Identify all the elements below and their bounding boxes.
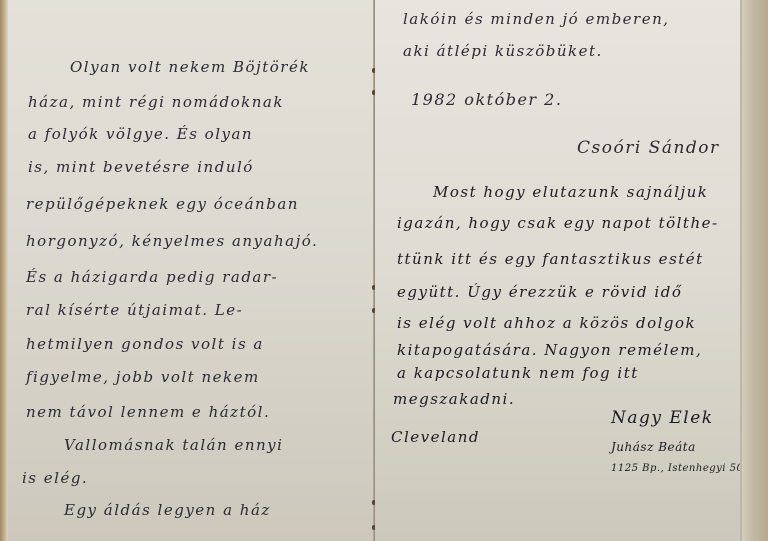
handwritten-line: horgonyzó, kényelmes anyahajó. xyxy=(26,234,318,249)
handwritten-line: repülőgépeknek egy óceánban xyxy=(26,197,299,212)
handwritten-line: igazán, hogy csak egy napot tölthe- xyxy=(397,216,719,231)
signature: Csoóri Sándor xyxy=(577,140,720,157)
handwritten-line: figyelme, jobb volt nekem xyxy=(26,370,260,385)
handwritten-line: Olyan volt nekem Böjtörék xyxy=(70,60,310,75)
handwritten-line: Most hogy elutazunk sajnáljuk xyxy=(433,185,708,200)
handwritten-line: És a házigarda pedig radar- xyxy=(26,270,278,285)
handwritten-line: a folyók völgye. És olyan xyxy=(28,127,253,142)
handwritten-line: együtt. Úgy érezzük e rövid idő xyxy=(397,285,682,300)
handwritten-line: hetmilyen gondos volt is a xyxy=(26,337,264,352)
handwritten-line: háza, mint régi nomádoknak xyxy=(28,95,284,110)
handwritten-line: is, mint bevetésre induló xyxy=(28,160,254,175)
signature: Nagy Elek xyxy=(611,410,714,427)
page-stack-edge xyxy=(740,0,768,541)
book-cover-edge xyxy=(0,0,8,541)
entry-date: 1982 október 2. xyxy=(411,92,562,108)
handwritten-line: ttünk itt és egy fantasztikus estét xyxy=(397,252,704,267)
handwritten-line: aki átlépi küszöbüket. xyxy=(403,44,603,59)
handwritten-line: is elég volt ahhoz a közös dolgok xyxy=(397,316,696,331)
open-guestbook: Olyan volt nekem Böjtörék háza, mint rég… xyxy=(0,0,768,541)
handwritten-line: kitapogatására. Nagyon remélem, xyxy=(397,343,702,358)
handwritten-line: a kapcsolatunk nem fog itt xyxy=(397,366,639,381)
handwritten-line: megszakadni. xyxy=(393,392,515,407)
left-page: Olyan volt nekem Böjtörék háza, mint rég… xyxy=(8,0,375,541)
handwritten-line: lakóin és minden jó emberen, xyxy=(403,12,670,27)
cosigner-name: Juhász Beáta xyxy=(611,441,696,453)
handwritten-line: nem távol lennem e háztól. xyxy=(26,405,270,420)
handwritten-line: Vallomásnak talán ennyi xyxy=(64,438,283,453)
right-page: lakóin és minden jó emberen, aki átlépi … xyxy=(375,0,740,541)
entry-place: Cleveland xyxy=(391,430,480,445)
handwritten-line: is elég. xyxy=(22,471,88,486)
handwritten-line: ral kísérte útjaimat. Le- xyxy=(26,303,243,318)
address: 1125 Bp., Istenhegyi 50/c xyxy=(611,464,740,474)
handwritten-line: Egy áldás legyen a ház xyxy=(64,503,271,518)
page-edge-line xyxy=(740,0,742,541)
